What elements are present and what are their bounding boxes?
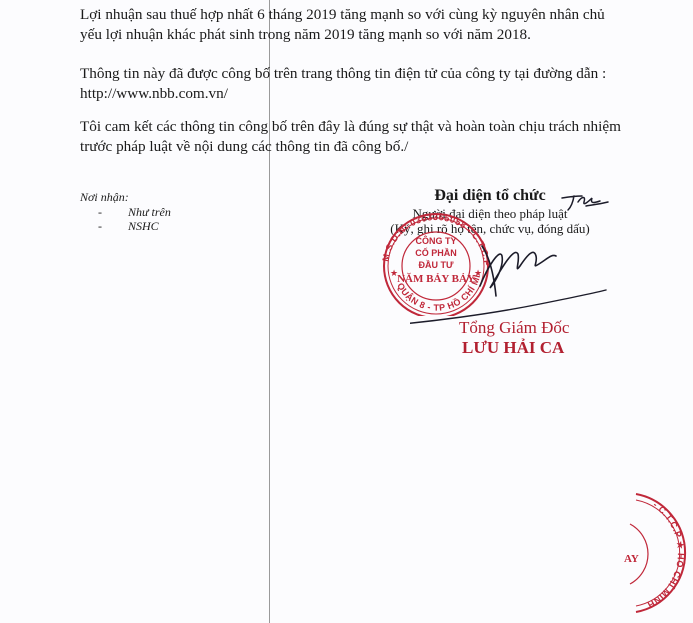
dash-bullet: - bbox=[98, 205, 102, 220]
paragraph-line: trước pháp luật về nội dung các thông ti… bbox=[80, 137, 621, 157]
paragraph-commitment: Tôi cam kết các thông tin công bố trên đ… bbox=[80, 117, 621, 157]
partial-seal-icon: - C.T.C.P ★ HỒ CHÍ MINH AY bbox=[600, 480, 693, 623]
recipients-list: - Như trên - NSHC bbox=[80, 205, 171, 234]
recipient-label: Như trên bbox=[128, 205, 171, 219]
signer-position: Tổng Giám Đốc bbox=[459, 318, 569, 338]
website-link[interactable]: http://www.nbb.com.vn/ bbox=[80, 84, 606, 104]
paragraph-disclosure: Thông tin này đã được công bố trên trang… bbox=[80, 64, 606, 104]
recipient-label: NSHC bbox=[128, 219, 159, 233]
recipient-item: - Như trên bbox=[80, 205, 171, 220]
signer-name: LƯU HẢI CA bbox=[462, 338, 564, 358]
recipient-item: - NSHC bbox=[80, 219, 171, 234]
paragraph-line: yếu lợi nhuận khác phát sinh trong năm 2… bbox=[80, 25, 605, 45]
paragraph-line: Thông tin này đã được công bố trên trang… bbox=[80, 64, 606, 84]
paragraph-line: Tôi cam kết các thông tin công bố trên đ… bbox=[80, 117, 621, 137]
initial-signature-icon bbox=[560, 188, 610, 214]
dash-bullet: - bbox=[98, 219, 102, 234]
svg-text:- C.T.C.P ★ HỒ CHÍ MINH: - C.T.C.P ★ HỒ CHÍ MINH bbox=[645, 499, 686, 610]
paragraph-line: Lợi nhuận sau thuế hợp nhất 6 tháng 2019… bbox=[80, 5, 605, 25]
recipients-section: Nơi nhận: - Như trên - NSHC bbox=[80, 190, 171, 234]
paragraph-profit: Lợi nhuận sau thuế hợp nhất 6 tháng 2019… bbox=[80, 5, 605, 45]
recipients-title: Nơi nhận: bbox=[80, 190, 171, 205]
svg-text:AY: AY bbox=[624, 553, 639, 565]
